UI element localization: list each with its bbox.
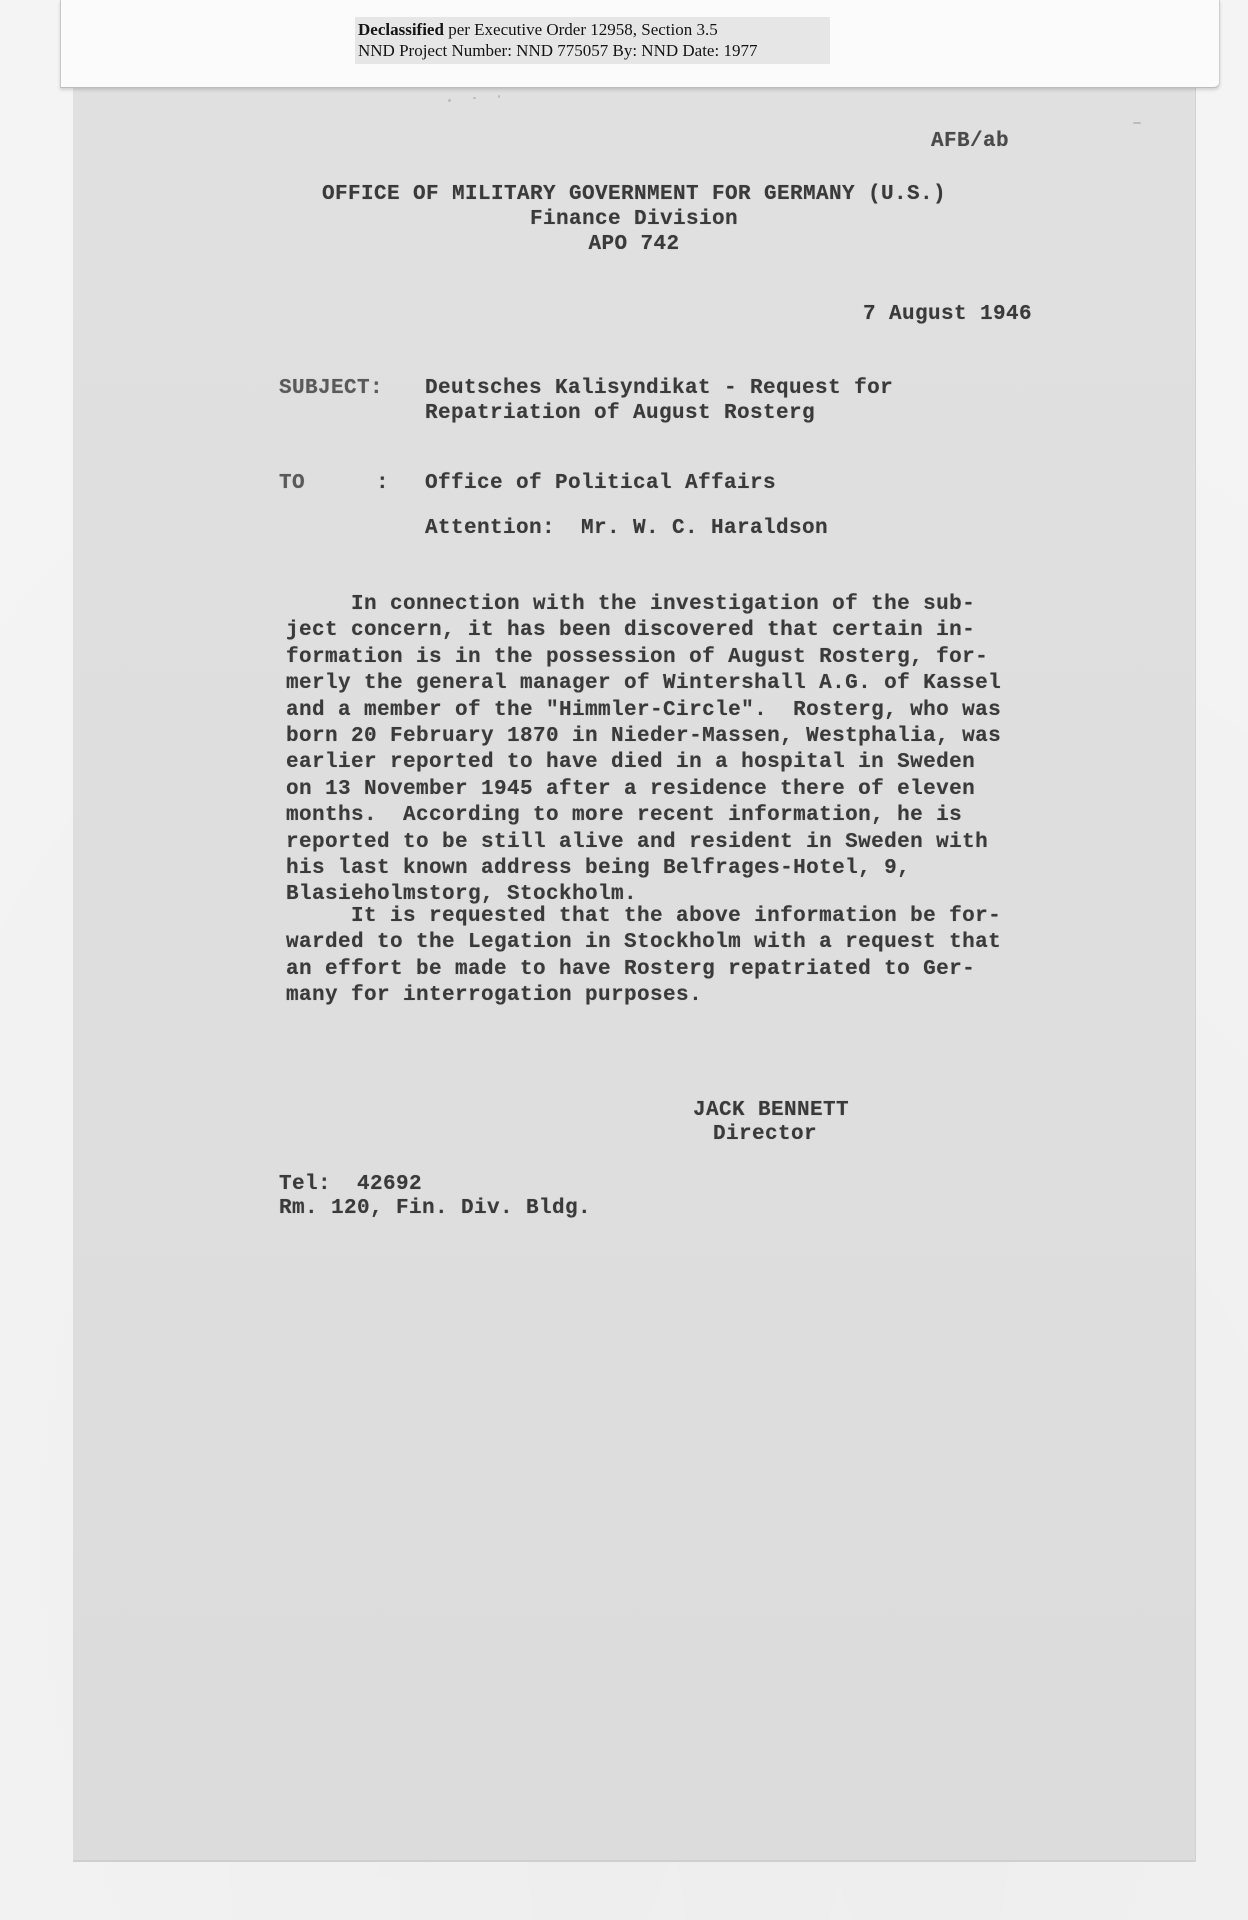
to-recipient: Office of Political Affairs (425, 472, 776, 495)
body-line: months. According to more recent informa… (286, 803, 1166, 829)
body-line: warded to the Legation in Stockholm with… (286, 930, 1166, 956)
body-line: his last known address being Belfrages-H… (286, 856, 1166, 882)
letter-date: 7 August 1946 (863, 303, 1032, 326)
scan-speck (1133, 122, 1141, 124)
stamp-line-1: Declassified per Executive Order 12958, … (358, 19, 826, 40)
scan-speck (448, 99, 451, 102)
declassification-stamp: Declassified per Executive Order 12958, … (355, 17, 830, 64)
stamp-line-2: NND Project Number: NND 775057 By: NND D… (358, 40, 826, 61)
scan-speck (498, 95, 500, 98)
stamp-declassified-label: Declassified (358, 20, 444, 39)
body-line: It is requested that the above informati… (286, 904, 1166, 930)
stamp-order-text: per Executive Order 12958, Section 3.5 (444, 20, 718, 39)
body-line: ject concern, it has been discovered tha… (286, 618, 1166, 644)
body-line: reported to be still alive and resident … (286, 830, 1166, 856)
reference-initials: AFB/ab (931, 130, 1009, 153)
body-line: born 20 February 1870 in Nieder-Massen, … (286, 724, 1166, 750)
attention-line: Attention: Mr. W. C. Haraldson (425, 517, 828, 540)
body-line: formation is in the possession of August… (286, 645, 1166, 671)
letterhead-office: OFFICE OF MILITARY GOVERNMENT FOR GERMAN… (73, 183, 1195, 206)
body-line: an effort be made to have Rosterg repatr… (286, 957, 1166, 983)
letterhead-apo: APO 742 (73, 233, 1195, 256)
room-line: Rm. 120, Fin. Div. Bldg. (279, 1197, 591, 1220)
body-line: earlier reported to have died in a hospi… (286, 750, 1166, 776)
body-line: merly the general manager of Wintershall… (286, 671, 1166, 697)
subject-line-1: Deutsches Kalisyndikat - Request for (425, 377, 893, 400)
signatory-title: Director (713, 1123, 817, 1146)
letter-page: AFB/ab OFFICE OF MILITARY GOVERNMENT FOR… (73, 87, 1196, 1862)
body-line: on 13 November 1945 after a residence th… (286, 777, 1166, 803)
to-label: TO (279, 472, 305, 495)
scan-speck (473, 97, 476, 99)
letterhead-division: Finance Division (73, 208, 1195, 231)
body-line: In connection with the investigation of … (286, 592, 1166, 618)
body-line: and a member of the "Himmler-Circle". Ro… (286, 698, 1166, 724)
telephone-line: Tel: 42692 (279, 1173, 422, 1196)
body-line: many for interrogation purposes. (286, 983, 1166, 1009)
subject-line-2: Repatriation of August Rosterg (425, 402, 815, 425)
body-paragraph-2: It is requested that the above informati… (286, 904, 1166, 1010)
body-paragraph-1: In connection with the investigation of … (286, 592, 1166, 909)
subject-label: SUBJECT: (279, 377, 383, 400)
to-colon: : (376, 472, 389, 495)
signatory-name: JACK BENNETT (693, 1099, 849, 1122)
